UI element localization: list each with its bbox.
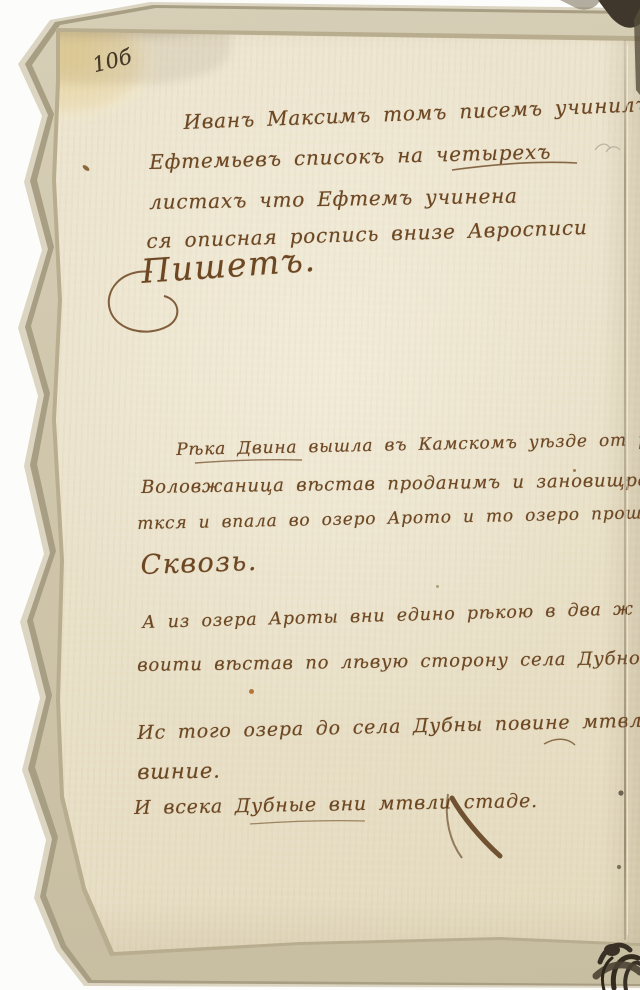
handwritten-line-p2-l4: Сквозь. (140, 546, 258, 581)
paper-fleck (436, 585, 439, 588)
binding-fold-highlight (627, 45, 628, 935)
binding-fold-line (624, 40, 626, 940)
paper-fleck (249, 689, 254, 694)
manuscript-photo: 10б Иванъ Максимъ томъ писемъ учинилъ Еф… (0, 0, 640, 990)
handwritten-line-p4-l2: вшние. (137, 759, 221, 784)
